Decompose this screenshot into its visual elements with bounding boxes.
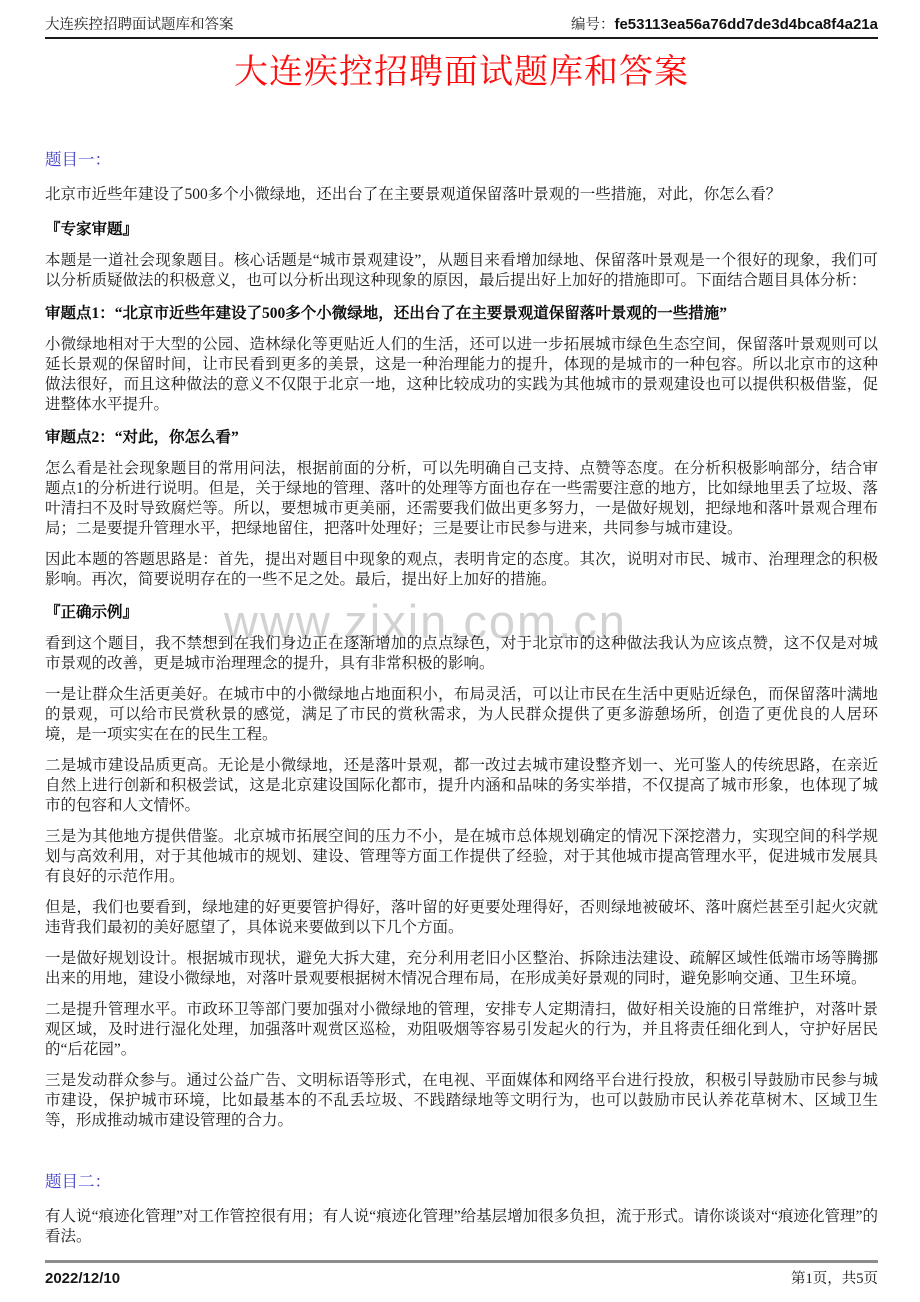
heading-expert-review: 『专家审题』 <box>45 220 878 240</box>
page-header: 大连疾控招聘面试题库和答案 编号：fe53113ea56a76dd7de3d4b… <box>45 0 878 39</box>
footer-page-info: 第1页，共5页 <box>791 1267 878 1288</box>
question-2-label: 题目二： <box>45 1171 878 1193</box>
paragraph-however: 但是，我们也要看到，绿地建的好更要管护得好，落叶留的好更要处理得好，否则绿地被破… <box>45 898 878 938</box>
paragraph-analysis-intro: 本题是一道社会现象题目。核心话题是“城市景观建设”，从题目来看增加绿地、保留落叶… <box>45 251 878 291</box>
paragraph-review-point-2: 怎么看是社会现象题目的常用问法，根据前面的分析，可以先明确自己支持、点赞等态度。… <box>45 459 878 539</box>
paragraph-measure-three: 三是发动群众参与。通过公益广告、文明标语等形式，在电视、平面媒体和网络平台进行投… <box>45 1071 878 1131</box>
footer-date: 2022/12/10 <box>45 1270 120 1287</box>
paragraph-benefit-one: 一是让群众生活更美好。在城市中的小微绿地占地面积小，布局灵活，可以让市民在生活中… <box>45 685 878 745</box>
paragraph-benefit-two: 二是城市建设品质更高。无论是小微绿地，还是落叶景观，都一改过去城市建设整齐划一、… <box>45 756 878 816</box>
paragraph-measure-two: 二是提升管理水平。市政环卫等部门要加强对小微绿地的管理，安排专人定期清扫，做好相… <box>45 1000 878 1060</box>
paragraph-answer-approach: 因此本题的答题思路是：首先，提出对题目中现象的观点，表明肯定的态度。其次，说明对… <box>45 550 878 590</box>
document-page: www.zixin.com.cn 大连疾控招聘面试题库和答案 编号：fe5311… <box>0 0 920 1302</box>
header-number: 编号：fe53113ea56a76dd7de3d4bca8f4a21a <box>571 13 878 34</box>
paragraph-example-intro: 看到这个题目，我不禁想到在我们身边正在逐渐增加的点点绿色，对于北京市的这种做法我… <box>45 634 878 674</box>
paragraph-benefit-three: 三是为其他地方提供借鉴。北京城市拓展空间的压力不小，是在城市总体规划确定的情况下… <box>45 827 878 887</box>
footer-divider <box>45 1260 878 1263</box>
question-2-text: 有人说“痕迹化管理”对工作管控很有用；有人说“痕迹化管理”给基层增加很多负担，流… <box>45 1207 878 1247</box>
paragraph-measure-one: 一是做好规划设计。根据城市现状，避免大拆大建，充分利用老旧小区整治、拆除违法建设… <box>45 949 878 989</box>
question-1-label: 题目一： <box>45 149 878 171</box>
heading-review-point-2: 审题点2：“对此，你怎么看” <box>45 428 878 448</box>
header-doc-title: 大连疾控招聘面试题库和答案 <box>45 13 234 34</box>
heading-review-point-1: 审题点1：“北京市近些年建设了500多个小微绿地，还出台了在主要景观道保留落叶景… <box>45 304 878 324</box>
page-footer: 2022/12/10 第1页，共5页 <box>45 1260 878 1288</box>
question-1-text: 北京市近些年建设了500多个小微绿地，还出台了在主要景观道保留落叶景观的一些措施… <box>45 185 878 205</box>
document-body: 题目一： 北京市近些年建设了500多个小微绿地，还出台了在主要景观道保留落叶景观… <box>45 149 878 1247</box>
heading-correct-example: 『正确示例』 <box>45 603 878 623</box>
header-number-label: 编号： <box>571 17 615 33</box>
header-number-value: fe53113ea56a76dd7de3d4bca8f4a21a <box>614 16 878 33</box>
document-title: 大连疾控招聘面试题库和答案 <box>45 51 878 95</box>
paragraph-review-point-1: 小微绿地相对于大型的公园、造林绿化等更贴近人们的生活，还可以进一步拓展城市绿色生… <box>45 335 878 415</box>
